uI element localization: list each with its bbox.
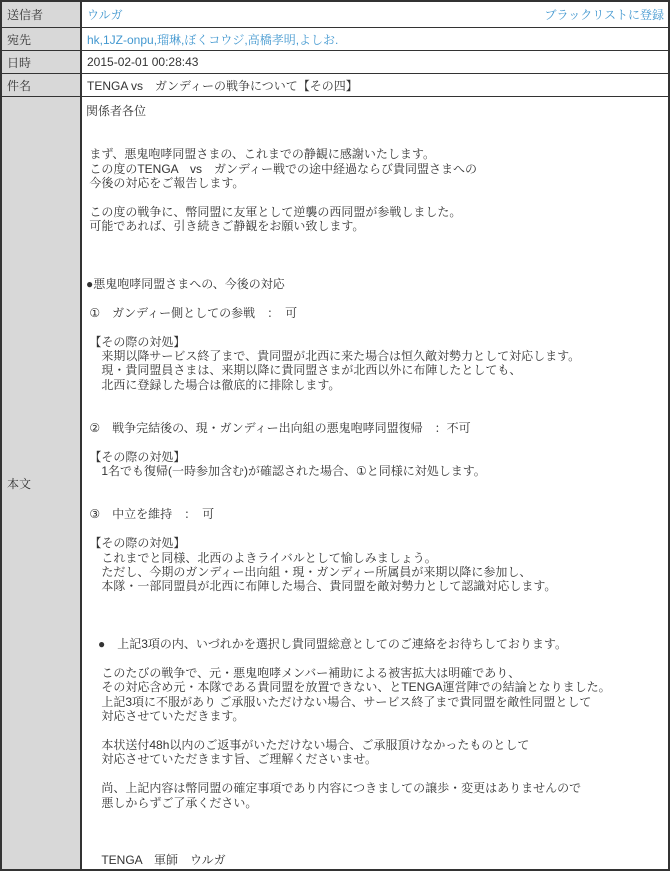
field-label-recipients: 宛先 (2, 28, 82, 50)
recipients-row: 宛先 hk,1JZ-onpu,瑠琳,ぼくコウジ,高橋孝明,よしお. (2, 28, 668, 51)
mail-viewer: 送信者 ウルガ ブラックリストに登録 宛先 hk,1JZ-onpu,瑠琳,ぼくコ… (0, 0, 670, 871)
sender-value-cell: ウルガ ブラックリストに登録 (82, 2, 668, 27)
field-label-subject: 件名 (2, 74, 82, 96)
datetime-value: 2015-02-01 00:28:43 (82, 51, 668, 73)
body-text: 関係者各位 まず、悪鬼咆哮同盟さまの、これまでの静観に感謝いたします。 この度の… (82, 97, 668, 868)
recipients-value-cell: hk,1JZ-onpu,瑠琳,ぼくコウジ,高橋孝明,よしお. (82, 28, 668, 50)
subject-row: 件名 TENGA vs ガンディーの戦争について【その四】 (2, 74, 668, 97)
sender-row: 送信者 ウルガ ブラックリストに登録 (2, 2, 668, 28)
field-label-datetime: 日時 (2, 51, 82, 73)
blacklist-register-link[interactable]: ブラックリストに登録 (544, 6, 664, 23)
sender-link[interactable]: ウルガ (87, 6, 123, 23)
body-row: 本文 関係者各位 まず、悪鬼咆哮同盟さまの、これまでの静観に感謝いたします。 こ… (2, 97, 668, 869)
field-label-sender: 送信者 (2, 2, 82, 27)
body-value-cell: 関係者各位 まず、悪鬼咆哮同盟さまの、これまでの静観に感謝いたします。 この度の… (82, 97, 668, 869)
field-label-body: 本文 (2, 97, 82, 869)
subject-value: TENGA vs ガンディーの戦争について【その四】 (82, 74, 668, 96)
recipients-links[interactable]: hk,1JZ-onpu,瑠琳,ぼくコウジ,高橋孝明,よしお. (87, 31, 338, 48)
datetime-row: 日時 2015-02-01 00:28:43 (2, 51, 668, 74)
